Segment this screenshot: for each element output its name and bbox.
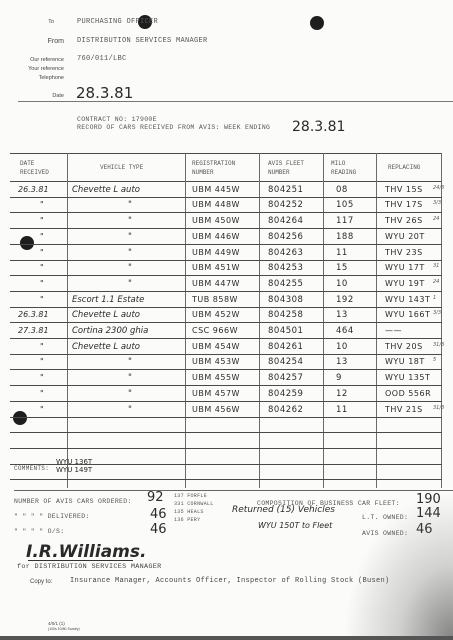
date-cell: 26.3.81 xyxy=(18,310,49,319)
registration-cell: UBM 455W xyxy=(192,373,240,382)
row-line xyxy=(10,291,442,292)
date-cell: " xyxy=(40,200,44,209)
date-cell: 27.3.81 xyxy=(18,326,49,335)
scan-stain xyxy=(343,490,453,640)
milo-reading-cell: 12 xyxy=(336,389,348,399)
header-milo-line1: MILO xyxy=(331,159,356,168)
fleet-number-cell: 804257 xyxy=(268,373,303,383)
margin-note: 3/3 xyxy=(433,310,441,316)
date-cell: " xyxy=(40,342,44,351)
col-divider xyxy=(376,153,377,488)
replacing-cell: THV 15S xyxy=(385,185,423,194)
registration-cell: UBM 450W xyxy=(192,216,240,225)
date-cell: " xyxy=(40,357,44,366)
replacing-cell: THV 26S xyxy=(385,216,423,225)
form-print-note: (100s 10/80 Sundry) xyxy=(48,627,80,631)
fleet-number-cell: 804263 xyxy=(268,248,303,258)
registration-cell: UBM 448W xyxy=(192,200,240,209)
milo-reading-cell: 08 xyxy=(336,185,348,195)
small-note: 136 PERY xyxy=(174,517,200,523)
vehicle-type-cell: " xyxy=(128,232,132,242)
vehicle-type-cell: " xyxy=(128,263,132,273)
date-label: Date xyxy=(10,93,64,99)
margin-note: 3/3 xyxy=(433,200,441,206)
contract-number: CONTRACT NO: 17900E xyxy=(77,116,157,123)
milo-reading-cell: 10 xyxy=(336,279,348,289)
date-cell: " xyxy=(40,405,44,414)
row-line xyxy=(10,417,442,418)
fleet-number-cell: 804255 xyxy=(268,279,303,289)
telephone-label: Telephone xyxy=(10,75,64,81)
ordered-value: 92 xyxy=(147,490,164,505)
copy-to-value: Insurance Manager, Accounts Officer, Ins… xyxy=(70,577,390,585)
comment-line: WYU 136T xyxy=(56,458,92,466)
vehicle-type-cell: Escort 1.1 Estate xyxy=(72,295,144,305)
header-date-line1: DATE xyxy=(20,159,49,168)
margin-note: 31/3 xyxy=(433,342,444,348)
vehicle-type-cell: " xyxy=(128,248,132,258)
date-cell: " xyxy=(40,216,44,225)
registration-cell: UBM 452W xyxy=(192,310,240,319)
date-cell: 26.3.81 xyxy=(18,185,49,194)
registration-cell: UBM 445W xyxy=(192,185,240,194)
form-code: 4/0/1 (1) xyxy=(48,621,65,626)
replacing-cell: WYU 166T xyxy=(385,310,430,319)
vehicle-type-cell: " xyxy=(128,216,132,226)
fleet-number-cell: 804264 xyxy=(268,216,303,226)
vehicle-type-cell: " xyxy=(128,405,132,415)
margin-note: 1 xyxy=(433,295,436,301)
row-line xyxy=(10,307,442,308)
replacing-cell: WYU 20T xyxy=(385,232,425,241)
vehicle-type-cell: " xyxy=(128,357,132,367)
date-cell: " xyxy=(40,389,44,398)
signature-for-line: for DISTRIBUTION SERVICES MANAGER xyxy=(17,563,162,571)
small-note: 137 FORFLE xyxy=(174,493,207,499)
header-replacing: REPLACING xyxy=(388,163,420,172)
fleet-number-cell: 804252 xyxy=(268,200,303,210)
delivered-label: " " " " DELIVERED: xyxy=(14,513,90,520)
fleet-number-cell: 804251 xyxy=(268,185,303,195)
milo-reading-cell: 11 xyxy=(336,405,348,415)
registration-cell: CSC 966W xyxy=(192,326,238,335)
margin-note: 24 xyxy=(433,279,439,285)
page-bottom-edge xyxy=(0,636,453,640)
date-cell: " xyxy=(40,373,44,382)
delivered-value: 46 xyxy=(150,507,167,522)
col-divider xyxy=(323,153,324,488)
header-divider xyxy=(18,101,453,102)
fleet-number-cell: 804501 xyxy=(268,326,303,336)
milo-reading-cell: 464 xyxy=(336,326,354,336)
registration-cell: TUB 858W xyxy=(192,295,238,304)
margin-note: 31/3 xyxy=(433,405,444,411)
registration-cell: UBM 454W xyxy=(192,342,240,351)
record-title: RECORD OF CARS RECEIVED FROM AVIS: WEEK … xyxy=(77,124,270,131)
punch-hole xyxy=(20,236,34,250)
copy-to-label: Copy to: xyxy=(30,579,52,585)
ordered-label: NUMBER OF AVIS CARS ORDERED: xyxy=(14,498,132,505)
margin-note: 31 xyxy=(433,263,439,269)
date-value: 28.3.81 xyxy=(76,84,133,102)
our-reference-label: Our reference xyxy=(10,57,64,63)
signature: I.R.Williams. xyxy=(26,542,146,562)
row-line xyxy=(10,432,442,433)
date-cell: " xyxy=(40,295,44,304)
fleet-transfer-note: WYU 150T to Fleet xyxy=(258,521,332,530)
date-cell: " xyxy=(40,279,44,288)
small-note: 135 HEALS xyxy=(174,509,204,515)
fleet-number-cell: 804261 xyxy=(268,342,303,352)
row-line xyxy=(10,354,442,355)
fleet-number-cell: 804259 xyxy=(268,389,303,399)
row-line xyxy=(10,479,442,480)
row-line xyxy=(10,369,442,370)
vehicle-type-cell: " xyxy=(128,373,132,383)
fleet-number-cell: 804258 xyxy=(268,310,303,320)
header-registration-line1: REGISTRATION xyxy=(192,159,235,168)
row-line xyxy=(10,322,442,323)
replacing-cell: WYU 17T xyxy=(385,263,425,272)
col-divider xyxy=(67,153,68,488)
vehicle-type-cell: Chevette L auto xyxy=(72,185,140,195)
header-vehicle-type: VEHICLE TYPE xyxy=(100,163,143,172)
row-line xyxy=(10,260,442,261)
row-line xyxy=(10,228,442,229)
replacing-cell: OOD 556R xyxy=(385,389,431,398)
replacing-cell: WYU 19T xyxy=(385,279,425,288)
header-milo-line2: READING xyxy=(331,168,356,177)
header-fleet-line2: NUMBER xyxy=(268,168,304,177)
milo-reading-cell: 188 xyxy=(336,232,354,242)
vehicle-type-cell: " xyxy=(128,389,132,399)
col-divider xyxy=(259,153,260,488)
replacing-cell: THV 20S xyxy=(385,342,423,351)
table-header-border xyxy=(10,181,442,182)
row-line xyxy=(10,448,442,449)
replacing-cell: WYU 18T xyxy=(385,357,425,366)
registration-cell: UBM 451W xyxy=(192,263,240,272)
row-line xyxy=(10,338,442,339)
fleet-number-cell: 804308 xyxy=(268,295,303,305)
header-date: DATE RECEIVED xyxy=(20,159,49,177)
comment-line: WYU 149T xyxy=(56,466,92,474)
margin-note: 5 xyxy=(433,357,436,363)
fleet-number-cell: 804253 xyxy=(268,263,303,273)
signature-line xyxy=(28,560,133,561)
replacing-cell: —— xyxy=(385,326,402,335)
date-cell: " xyxy=(40,232,44,241)
milo-reading-cell: 13 xyxy=(336,357,348,367)
milo-reading-cell: 15 xyxy=(336,263,348,273)
date-cell: " xyxy=(40,248,44,257)
margin-note: 24 xyxy=(433,216,439,222)
vehicle-type-cell: Chevette L auto xyxy=(72,310,140,320)
vehicle-type-cell: " xyxy=(128,279,132,289)
from-value: DISTRIBUTION SERVICES MANAGER xyxy=(77,37,208,45)
registration-cell: UBM 456W xyxy=(192,405,240,414)
header-milo: MILO READING xyxy=(331,159,356,177)
registration-cell: UBM 446W xyxy=(192,232,240,241)
replacing-cell: WYU 135T xyxy=(385,373,430,382)
vehicle-type-cell: Chevette L auto xyxy=(72,342,140,352)
vehicle-type-cell: " xyxy=(128,200,132,210)
header-fleet-line1: AVIS FLEET xyxy=(268,159,304,168)
header-registration: REGISTRATION NUMBER xyxy=(192,159,235,177)
fleet-number-cell: 804256 xyxy=(268,232,303,242)
punch-hole xyxy=(13,411,27,425)
header-registration-line2: NUMBER xyxy=(192,168,235,177)
os-label: " " " " O/S: xyxy=(14,528,64,535)
our-reference-value: 760/011/LBC xyxy=(77,55,127,63)
row-line xyxy=(10,275,442,276)
your-reference-label: Your reference xyxy=(10,66,64,72)
fleet-number-cell: 804254 xyxy=(268,357,303,367)
milo-reading-cell: 117 xyxy=(336,216,354,226)
milo-reading-cell: 13 xyxy=(336,310,348,320)
row-line xyxy=(10,212,442,213)
fleet-number-cell: 804262 xyxy=(268,405,303,415)
row-line xyxy=(10,385,442,386)
row-line xyxy=(10,401,442,402)
margin-note: 24/3 xyxy=(433,185,444,191)
comments-label: COMMENTS: xyxy=(14,465,49,472)
small-note: 331 CORNWALL xyxy=(174,501,214,507)
table-top-border xyxy=(10,153,442,154)
punch-hole xyxy=(310,16,324,30)
replacing-cell: THV 23S xyxy=(385,248,423,257)
milo-reading-cell: 11 xyxy=(336,248,348,258)
replacing-cell: THV 21S xyxy=(385,405,423,414)
registration-cell: UBM 447W xyxy=(192,279,240,288)
header-avis-fleet: AVIS FLEET NUMBER xyxy=(268,159,304,177)
registration-cell: UBM 453W xyxy=(192,357,240,366)
replacing-cell: THV 17S xyxy=(385,200,423,209)
milo-reading-cell: 105 xyxy=(336,200,354,210)
row-line xyxy=(10,244,442,245)
os-value: 46 xyxy=(150,522,167,537)
milo-reading-cell: 10 xyxy=(336,342,348,352)
to-label: To xyxy=(30,19,54,25)
registration-cell: UBM 449W xyxy=(192,248,240,257)
to-value: PURCHASING OFFICER xyxy=(77,18,158,26)
milo-reading-cell: 9 xyxy=(336,373,342,383)
registration-cell: UBM 457W xyxy=(192,389,240,398)
header-date-line2: RECEIVED xyxy=(20,168,49,177)
vehicle-type-cell: Cortina 2300 ghia xyxy=(72,326,148,336)
col-divider xyxy=(441,153,442,488)
week-ending-date: 28.3.81 xyxy=(292,119,345,135)
from-label: From xyxy=(30,38,64,45)
replacing-cell: WYU 143T xyxy=(385,295,430,304)
col-divider xyxy=(185,153,186,488)
date-cell: " xyxy=(40,263,44,272)
milo-reading-cell: 192 xyxy=(336,295,354,305)
row-line xyxy=(10,197,442,198)
